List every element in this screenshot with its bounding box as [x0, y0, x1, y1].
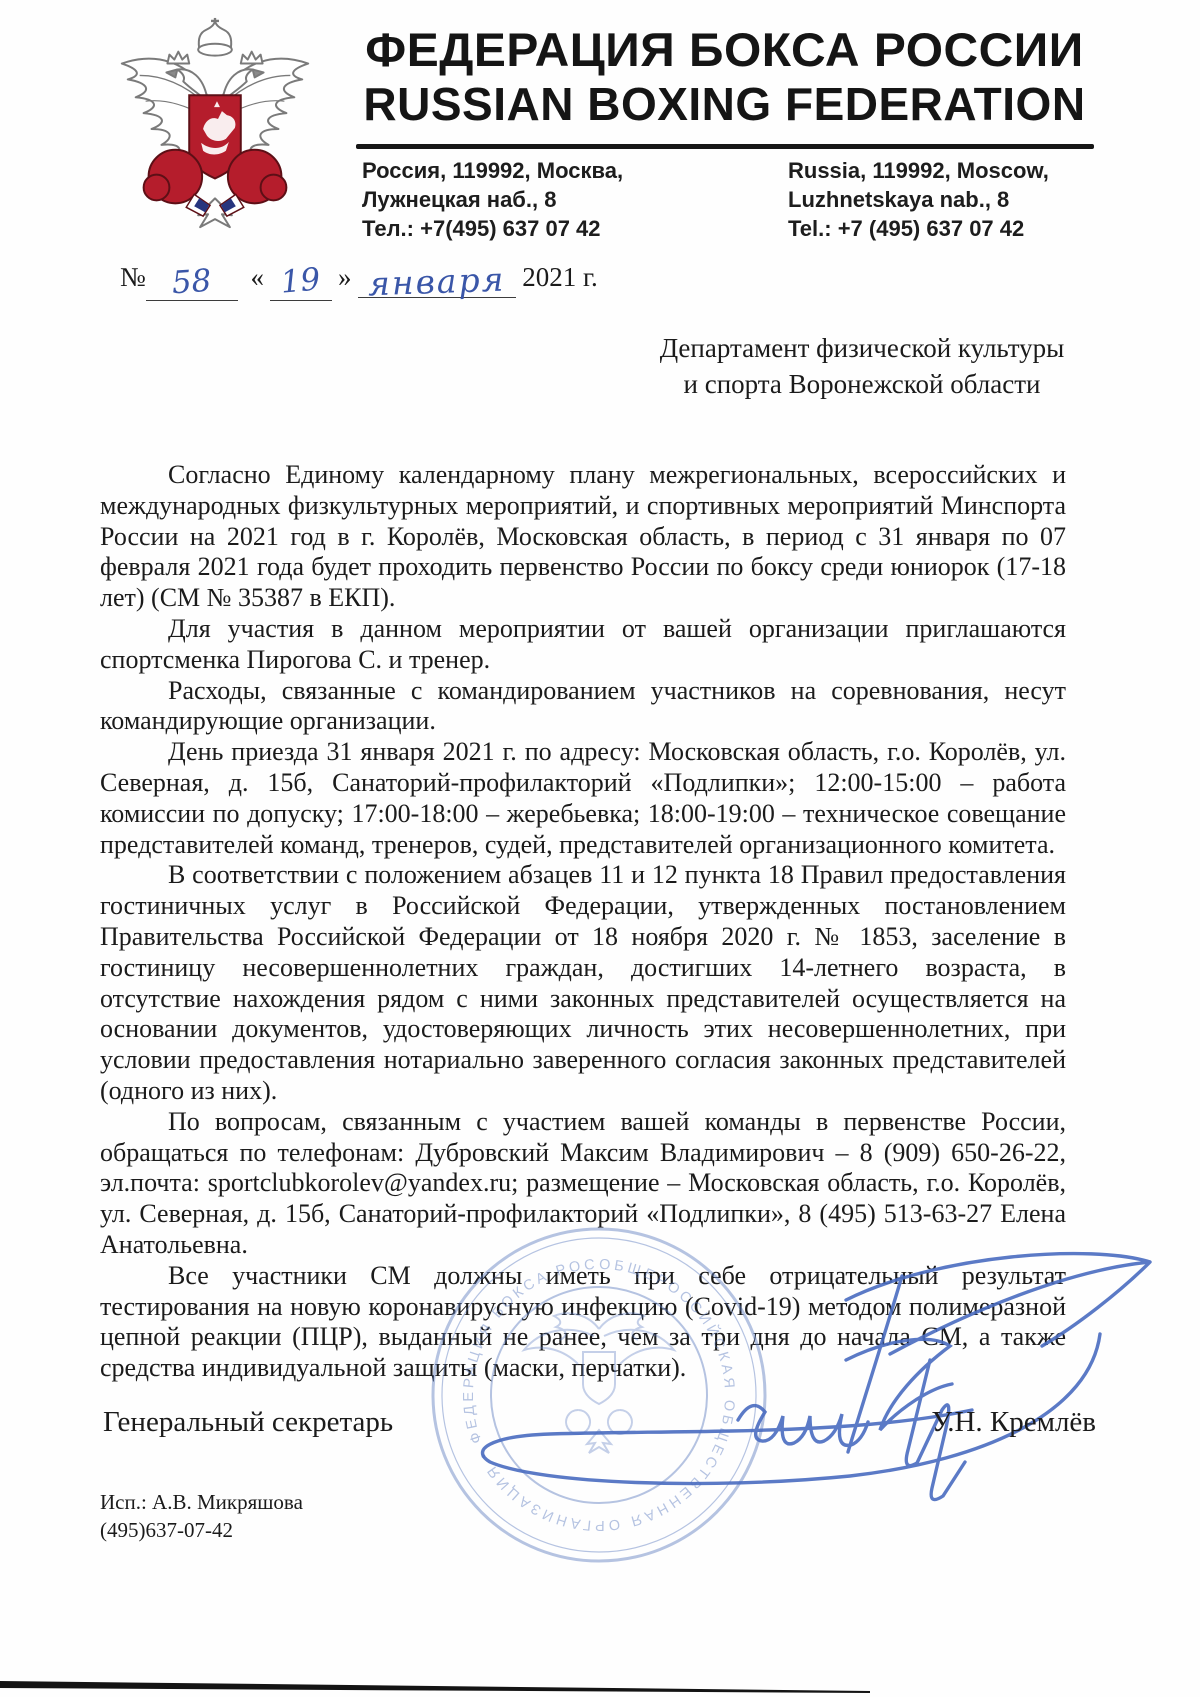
recipient-line2: и спорта Воронежской области	[652, 366, 1072, 402]
address-ru-line1: Россия, 119992, Москва,	[362, 156, 623, 185]
handwritten-number: 58	[171, 263, 213, 302]
address-ru-line2: Лужнецкая наб., 8	[362, 185, 623, 214]
address-en-line3: Tel.: +7 (495) 637 07 42	[788, 214, 1049, 243]
body-paragraph-5: В соответствии с положением абзацев 11 и…	[100, 860, 1066, 1106]
body-paragraph-1: Согласно Единому календарному плану межр…	[100, 460, 1066, 614]
signer-title: Генеральный секретарь	[103, 1406, 393, 1439]
address-ru-line3: Тел.: +7(495) 637 07 42	[362, 214, 623, 243]
month-blank: января	[358, 263, 516, 298]
scan-edge-artifact	[0, 1678, 1200, 1697]
number-label: №	[120, 262, 146, 292]
number-blank: 58	[146, 266, 238, 301]
org-name-ru: ФЕДЕРАЦИЯ БОКСА РОССИИ	[345, 22, 1105, 77]
address-russian: Россия, 119992, Москва, Лужнецкая наб., …	[362, 156, 623, 243]
executor-block: Исп.: А.В. Микряшова (495)637-07-42	[100, 1488, 303, 1544]
reference-line: №58 «19»января 2021 г.	[120, 262, 680, 301]
handwritten-month: января	[367, 260, 506, 304]
org-name-en: RUSSIAN BOXING FEDERATION	[352, 77, 1097, 132]
address-english: Russia, 119992, Moscow, Luzhnetskaya nab…	[788, 156, 1049, 243]
address-en-line2: Luzhnetskaya nab., 8	[788, 185, 1049, 214]
handwritten-day: 19	[280, 261, 322, 300]
letter-page: ФЕДЕРАЦИЯ БОКСА РОССИИ RUSSIAN BOXING FE…	[0, 0, 1200, 1697]
signer-name: У.Н. Кремлёв	[900, 1406, 1096, 1439]
day-blank: 19	[270, 266, 332, 301]
address-en-line1: Russia, 119992, Moscow,	[788, 156, 1049, 185]
body-paragraph-3: Расходы, связанные с командированием уча…	[100, 676, 1066, 738]
executor-name: Исп.: А.В. Микряшова	[100, 1488, 303, 1516]
federation-emblem-icon	[96, 12, 334, 240]
body-paragraph-4: День приезда 31 января 2021 г. по адресу…	[100, 737, 1066, 860]
signature-scrawl-icon	[428, 1238, 1190, 1568]
letterhead-title: ФЕДЕРАЦИЯ БОКСА РОССИИ RUSSIAN BOXING FE…	[352, 22, 1097, 132]
body-paragraph-2: Для участия в данном мероприятии от ваше…	[100, 614, 1066, 676]
recipient-line1: Департамент физической культуры	[652, 330, 1072, 366]
year-text: 2021 г.	[522, 262, 598, 292]
open-quote: «	[245, 262, 271, 292]
close-quote: »	[332, 262, 358, 292]
recipient-block: Департамент физической культуры и спорта…	[652, 330, 1072, 402]
executor-phone: (495)637-07-42	[100, 1516, 303, 1544]
header-rule	[356, 144, 1094, 149]
